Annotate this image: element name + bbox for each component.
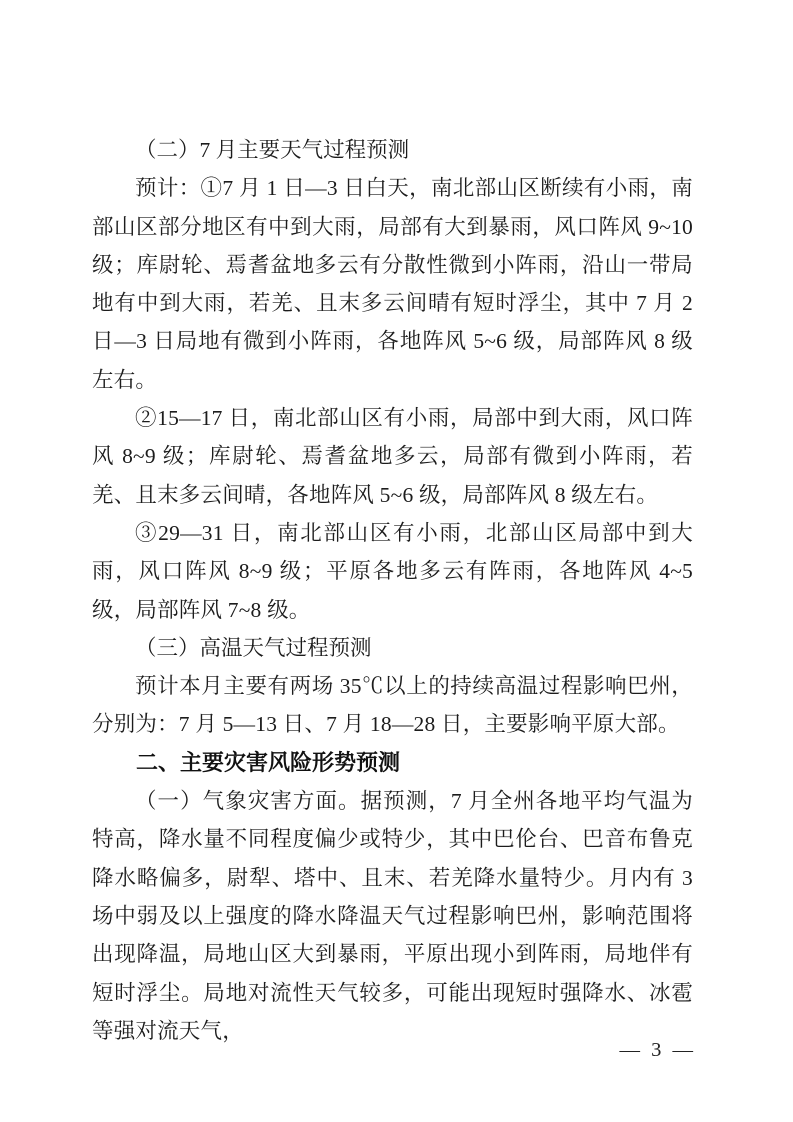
section-heading-weather-process: （二）7 月主要天气过程预测 xyxy=(92,131,693,169)
document-page: （二）7 月主要天气过程预测 预计：①7 月 1 日—3 日白天，南北部山区断续… xyxy=(0,0,793,1122)
meteorological-disaster-paragraph: （一）气象灾害方面。据预测，7 月全州各地平均气温为特高，降水量不同程度偏少或特… xyxy=(92,782,693,1050)
forecast-paragraph-2: ②15—17 日，南北部山区有小雨，局部中到大雨，风口阵风 8~9 级；库尉轮、… xyxy=(92,399,693,514)
high-temperature-paragraph: 预计本月主要有两场 35℃以上的持续高温过程影响巴州，分别为：7 月 5—13 … xyxy=(92,667,693,744)
paragraph-text: 据预测，7 月全州各地平均气温为特高，降水量不同程度偏少或特少，其中巴伦台、巴音… xyxy=(92,789,693,1043)
chapter-heading-disaster-risk: 二、主要灾害风险形势预测 xyxy=(92,744,693,782)
forecast-paragraph-3: ③29—31 日，南北部山区有小雨，北部山区局部中到大雨，风口阵风 8~9 级；… xyxy=(92,514,693,629)
paragraph-lead: （一）气象灾害方面。 xyxy=(135,789,361,813)
section-heading-high-temperature: （三）高温天气过程预测 xyxy=(92,629,693,667)
forecast-paragraph-1: 预计：①7 月 1 日—3 日白天，南北部山区断续有小雨，南部山区部分地区有中到… xyxy=(92,169,693,399)
page-number: — 3 — xyxy=(620,1037,694,1063)
document-body: （二）7 月主要天气过程预测 预计：①7 月 1 日—3 日白天，南北部山区断续… xyxy=(92,131,693,1050)
